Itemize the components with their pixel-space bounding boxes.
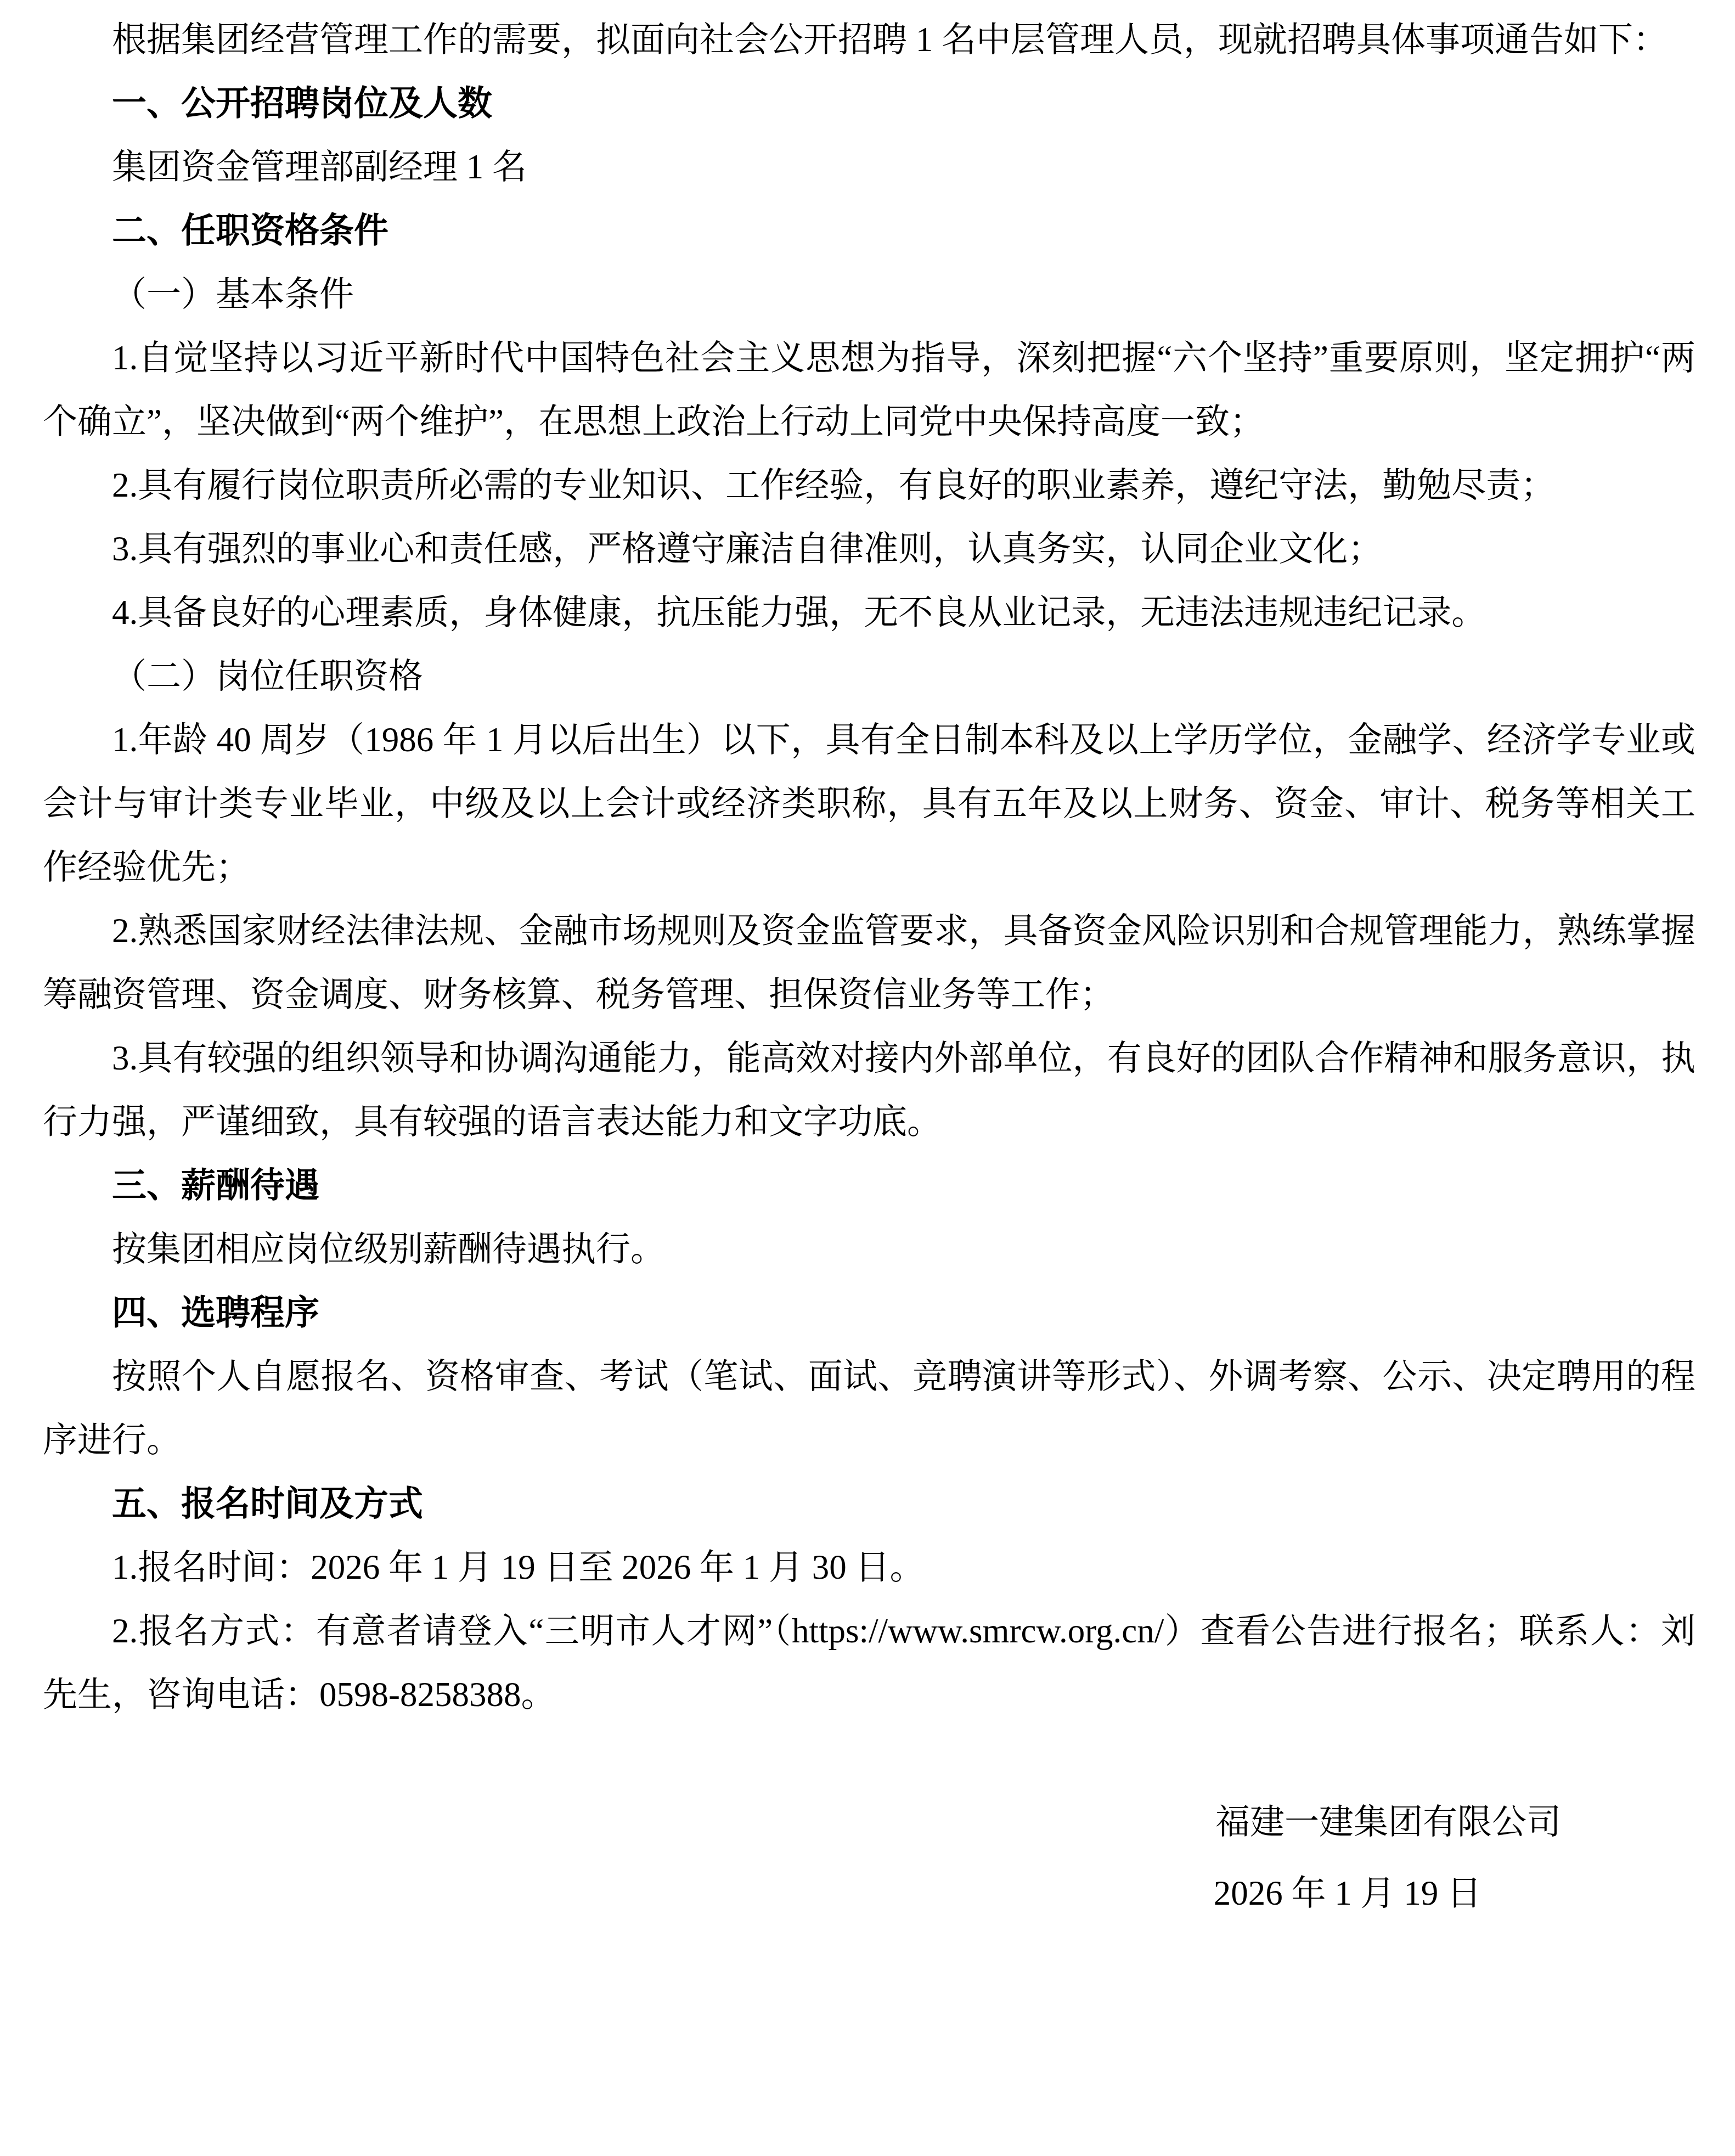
- paragraph: （一）基本条件: [43, 262, 1695, 326]
- paragraph: 3.具有强烈的事业心和责任感，严格遵守廉洁自律准则，认真务实，认同企业文化；: [43, 517, 1695, 581]
- section-heading: 二、任职资格条件: [43, 199, 1695, 262]
- paragraph: 1.自觉坚持以习近平新时代中国特色社会主义思想为指导，深刻把握“六个坚持”重要原…: [43, 326, 1695, 453]
- section-heading: 一、公开招聘岗位及人数: [43, 71, 1695, 135]
- signature-date: 2026 年 1 月 19 日: [43, 1861, 1695, 1925]
- paragraph: 1.年龄 40 周岁（1986 年 1 月以后出生）以下，具有全日制本科及以上学…: [43, 708, 1695, 899]
- paragraph: 2.具有履行岗位职责所必需的专业知识、工作经验，有良好的职业素养，遵纪守法，勤勉…: [43, 453, 1695, 517]
- paragraph: 根据集团经营管理工作的需要，拟面向社会公开招聘 1 名中层管理人员，现就招聘具体…: [43, 8, 1695, 71]
- section-heading: 五、报名时间及方式: [43, 1472, 1695, 1535]
- section-heading: 四、选聘程序: [43, 1281, 1695, 1344]
- paragraph: 3.具有较强的组织领导和协调沟通能力，能高效对接内外部单位，有良好的团队合作精神…: [43, 1026, 1695, 1153]
- paragraph: 按照个人自愿报名、资格审查、考试（笔试、面试、竞聘演讲等形式）、外调考察、公示、…: [43, 1344, 1695, 1472]
- paragraph: 2.报名方式：有意者请登入“三明市人才网”（https://www.smrcw.…: [43, 1599, 1695, 1726]
- section-heading: 三、薪酬待遇: [43, 1153, 1695, 1217]
- paragraph: 按集团相应岗位级别薪酬待遇执行。: [43, 1217, 1695, 1281]
- document-page: 根据集团经营管理工作的需要，拟面向社会公开招聘 1 名中层管理人员，现就招聘具体…: [0, 0, 1735, 2156]
- paragraph: 2.熟悉国家财经法律法规、金融市场规则及资金监管要求，具备资金风险识别和合规管理…: [43, 899, 1695, 1026]
- paragraph: 4.具备良好的心理素质，身体健康，抗压能力强，无不良从业记录，无违法违规违纪记录…: [43, 581, 1695, 644]
- paragraph: 1.报名时间：2026 年 1 月 19 日至 2026 年 1 月 30 日。: [43, 1535, 1695, 1599]
- signature-company: 福建一建集团有限公司: [43, 1790, 1695, 1854]
- signature-block: 福建一建集团有限公司 2026 年 1 月 19 日: [43, 1790, 1695, 1925]
- document-body: 根据集团经营管理工作的需要，拟面向社会公开招聘 1 名中层管理人员，现就招聘具体…: [43, 8, 1695, 1726]
- paragraph: 集团资金管理部副经理 1 名: [43, 135, 1695, 199]
- paragraph: （二）岗位任职资格: [43, 644, 1695, 708]
